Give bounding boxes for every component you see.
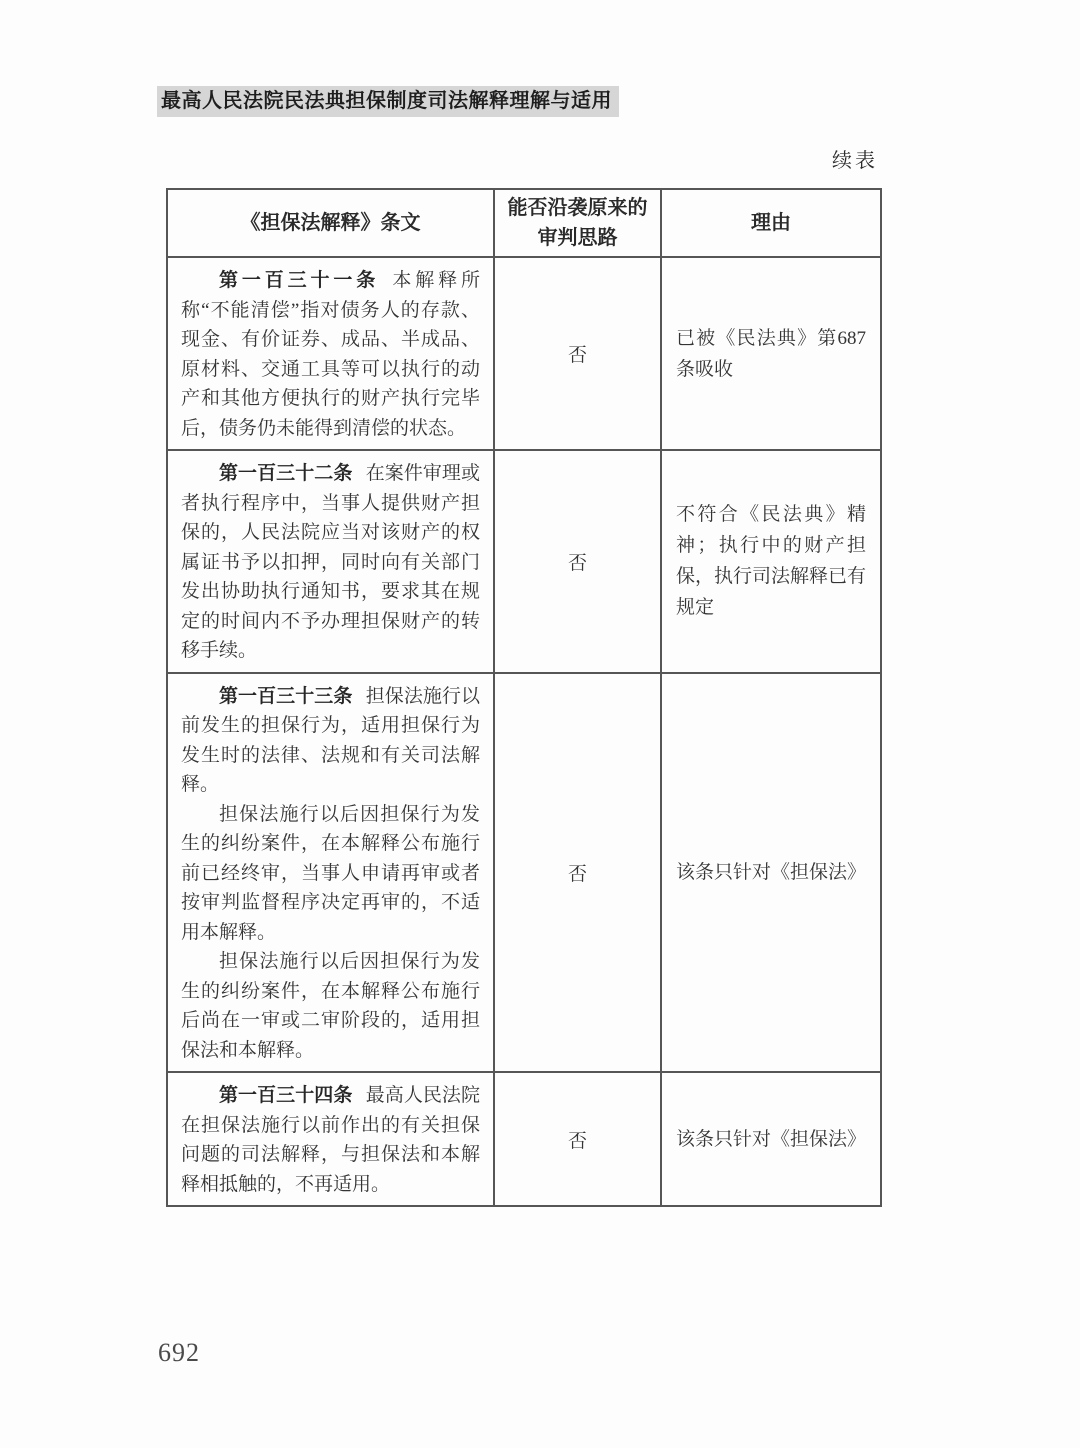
follow-answer-cell: 否	[494, 1072, 661, 1206]
provisions-comparison-table: 《担保法解释》条文 能否沿袭原来的审判思路 理由 第一百三十一条本解释所称“不能…	[166, 188, 882, 1207]
column-header-follow: 能否沿袭原来的审判思路	[494, 189, 661, 257]
table-row: 第一百三十二条在案件审理或者执行程序中，当事人提供财产担保的，人民法院应当对该财…	[167, 450, 881, 673]
column-header-reason: 理由	[661, 189, 881, 257]
article-number: 第一百三十一条	[219, 270, 379, 291]
follow-answer-cell: 否	[494, 450, 661, 673]
article-number: 第一百三十二条	[219, 463, 352, 484]
reason-cell: 该条只针对《担保法》	[661, 1072, 881, 1206]
reason-cell: 不符合《民法典》精神；执行中的财产担保，执行司法解释已有规定	[661, 450, 881, 673]
reason-cell: 已被《民法典》第687条吸收	[661, 257, 881, 450]
provision-text: 在案件审理或者执行程序中，当事人提供财产担保的，人民法院应当对该财产的权属证书予…	[181, 463, 480, 661]
follow-answer-cell: 否	[494, 673, 661, 1073]
book-title-header: 最高人民法院民法典担保制度司法解释理解与适用	[157, 86, 619, 117]
provision-paragraph: 第一百三十四条最高人民法院在担保法施行以前作出的有关担保问题的司法解释，与担保法…	[181, 1081, 480, 1199]
provision-paragraph: 担保法施行以后因担保行为发生的纠纷案件，在本解释公布施行前已经终审，当事人申请再…	[181, 800, 480, 948]
provision-text: 本解释所称“不能清偿”指对债务人的存款、现金、有价证券、成品、半成品、原材料、交…	[181, 270, 480, 439]
column-header-provision: 《担保法解释》条文	[167, 189, 494, 257]
table-header-row: 《担保法解释》条文 能否沿袭原来的审判思路 理由	[167, 189, 881, 257]
provision-cell: 第一百三十一条本解释所称“不能清偿”指对债务人的存款、现金、有价证券、成品、半成…	[167, 257, 494, 450]
provision-paragraph: 第一百三十二条在案件审理或者执行程序中，当事人提供财产担保的，人民法院应当对该财…	[181, 459, 480, 666]
provision-cell: 第一百三十三条担保法施行以前发生的担保行为，适用担保行为发生时的法律、法规和有关…	[167, 673, 494, 1073]
provision-cell: 第一百三十四条最高人民法院在担保法施行以前作出的有关担保问题的司法解释，与担保法…	[167, 1072, 494, 1206]
provision-paragraph: 第一百三十一条本解释所称“不能清偿”指对债务人的存款、现金、有价证券、成品、半成…	[181, 266, 480, 443]
continued-table-label: 续表	[166, 148, 878, 174]
article-number: 第一百三十三条	[219, 686, 352, 707]
follow-answer-cell: 否	[494, 257, 661, 450]
provision-paragraph: 担保法施行以后因担保行为发生的纠纷案件，在本解释公布施行后尚在一审或二审阶段的，…	[181, 947, 480, 1065]
table-row: 第一百三十三条担保法施行以前发生的担保行为，适用担保行为发生时的法律、法规和有关…	[167, 673, 881, 1073]
table-row: 第一百三十一条本解释所称“不能清偿”指对债务人的存款、现金、有价证券、成品、半成…	[167, 257, 881, 450]
scanned-book-page: 最高人民法院民法典担保制度司法解释理解与适用 续表 《担保法解释》条文 能否沿袭…	[0, 0, 1080, 1448]
provision-paragraph: 第一百三十三条担保法施行以前发生的担保行为，适用担保行为发生时的法律、法规和有关…	[181, 682, 480, 800]
reason-cell: 该条只针对《担保法》	[661, 673, 881, 1073]
provision-cell: 第一百三十二条在案件审理或者执行程序中，当事人提供财产担保的，人民法院应当对该财…	[167, 450, 494, 673]
table-row: 第一百三十四条最高人民法院在担保法施行以前作出的有关担保问题的司法解释，与担保法…	[167, 1072, 881, 1206]
article-number: 第一百三十四条	[219, 1085, 352, 1106]
page-number: 692	[158, 1338, 200, 1368]
